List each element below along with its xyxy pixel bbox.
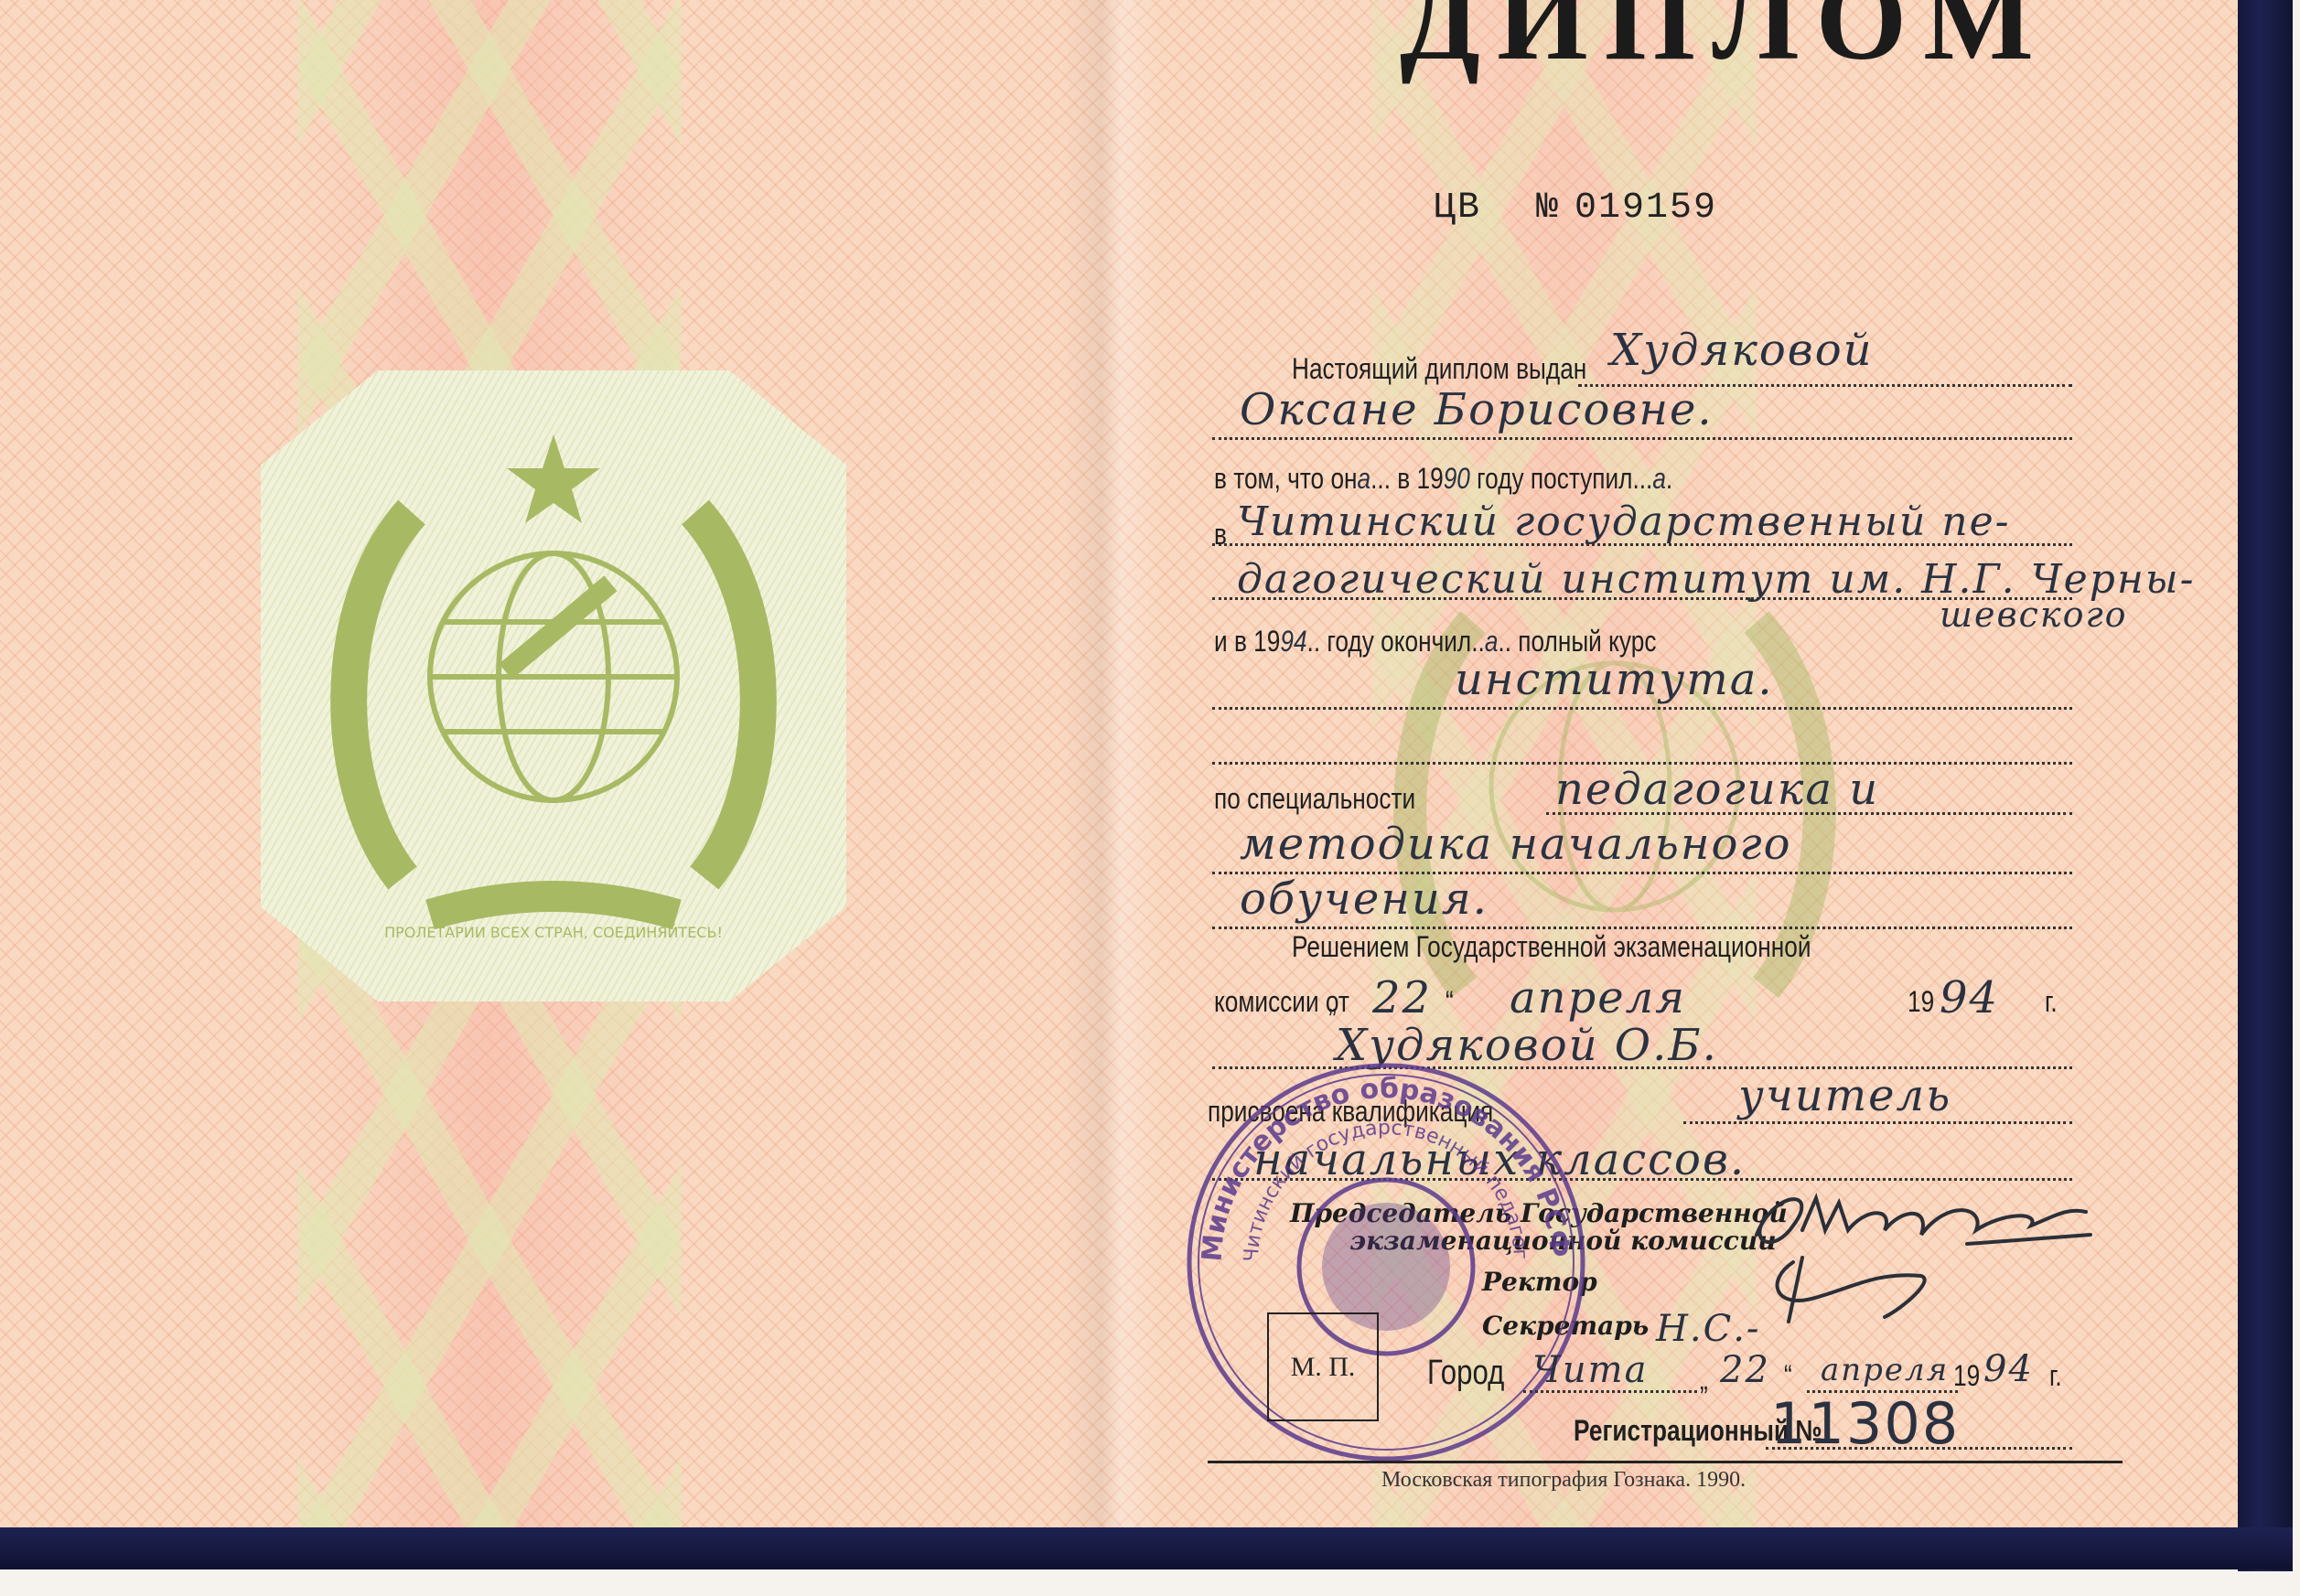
registration-number: 11308 [1770, 1390, 1960, 1457]
decision-line: Решением Государственной экзаменационной [1292, 930, 1811, 964]
specialty-line-3: обучения. [1240, 873, 1489, 925]
specialty-line-2: методика начального [1240, 819, 1792, 870]
printer-imprint: Московская типография Гознака. 1990. [1381, 1468, 1746, 1493]
date-quote-open: „ [1700, 1363, 1708, 1397]
city-label: Город [1427, 1354, 1504, 1393]
chair-signature [1738, 1180, 2104, 1335]
holder-surname: Худяковой [1610, 325, 1874, 376]
institution-line-1: Читинский государственный пе- [1237, 498, 2011, 545]
qualification-line-1: учитель [1738, 1070, 1951, 1121]
cover-edge-right [2238, 0, 2293, 1571]
date-year-suffix: 94 [1983, 1348, 2034, 1390]
city-value: Чита [1532, 1349, 1648, 1391]
seal-placeholder-label: М. П. [1291, 1352, 1356, 1383]
field-line-blank [1212, 709, 2072, 765]
seal-placeholder-box: М. П. [1267, 1312, 1379, 1421]
date-quote-close: “ [1784, 1359, 1792, 1393]
specialty-label: по специальности [1214, 782, 1415, 816]
course-of: института. [1455, 654, 1774, 705]
date-year-abbr: г. [2049, 1359, 2062, 1393]
ussr-emblem-icon: ПРОЛЕТАРИИ ВСЕХ СТРАН, СОЕДИНЯЙТЕСЬ! [293, 402, 814, 960]
official-stamp-icon: Министерство образования РСФСР Читинский… [1176, 1052, 1596, 1473]
serial-digits: 019159 [1575, 187, 1717, 229]
page-fold [1061, 0, 1162, 1529]
svg-text:ПРОЛЕТАРИИ ВСЕХ СТРАН, СОЕДИНЯ: ПРОЛЕТАРИИ ВСЕХ СТРАН, СОЕДИНЯЙТЕСЬ! [384, 924, 723, 941]
holder-given-names: Оксане Борисовне. [1240, 384, 1714, 435]
serial-number: ЦВ№019159 [1434, 187, 1717, 229]
number-sign: № [1536, 187, 1560, 229]
date-month: апреля [1821, 1352, 1949, 1388]
institution-line-3: шевского [1940, 594, 2128, 635]
cover-edge-bottom [0, 1527, 2293, 1569]
date-day: 22 [1720, 1349, 1770, 1391]
footer-rule [1208, 1461, 2123, 1463]
specialty-line-1: педагогика и [1555, 764, 1879, 815]
document-title: ДИПЛОМ [1400, 0, 2050, 87]
serial-series: ЦВ [1434, 187, 1481, 229]
date-year-prefix: 19 [1953, 1359, 1980, 1393]
issued-to-label: Настоящий диплом выдан [1292, 352, 1586, 386]
